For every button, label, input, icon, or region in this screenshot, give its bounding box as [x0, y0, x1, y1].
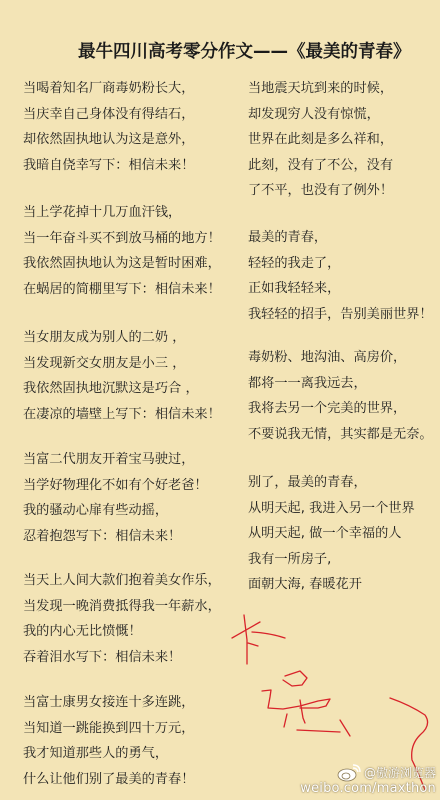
left-stanza-2: 当上学花掉十几万血汗钱， 当一年奋斗买不到放马桶的地方！ 我依然固执地认为这是暂… [23, 200, 221, 302]
left-stanza-1: 当喝着知名厂商毒奶粉长大， 当庆幸自己身体没有得结石， 却依然固执地认为这是意外… [23, 76, 194, 178]
poem-line: 我暗自侥幸写下：相信未来！ [23, 153, 194, 179]
poem-line: 却发现穷人没有惊慌， [248, 102, 393, 128]
poem-line: 正如我轻轻来， [248, 276, 433, 302]
poem-line: 当一年奋斗买不到放马桶的地方！ [23, 226, 221, 252]
poem-line: 吞着泪水写下：相信未来！ [23, 645, 221, 671]
watermark: @傲游浏览器 weibo.com/maxthon [300, 764, 436, 796]
poem-line: 当喝着知名厂商毒奶粉长大， [23, 76, 194, 102]
right-stanza-3: 毒奶粉、地沟油、高房价， 都将一一离我远去， 我将去另一个完美的世界， 不要说我… [248, 345, 433, 447]
right-stanza-4: 别了，最美的青春， 从明天起, 我进入另一个世界 从明天起, 做一个幸福的人 我… [248, 470, 415, 598]
poem-line: 从明天起, 做一个幸福的人 [248, 521, 415, 547]
poem-line: 都将一一离我远去， [248, 371, 433, 397]
poem-line: 当地震天坑到来的时候， [248, 76, 393, 102]
poem-line: 忍着抱怨写下：相信未来！ [23, 524, 208, 550]
poem-line: 我将去另一个完美的世界， [248, 396, 433, 422]
poem-line: 我轻轻的招手，告别美丽世界！ [248, 302, 433, 328]
right-stanza-2: 最美的青春， 轻轻的我走了， 正如我轻轻来， 我轻轻的招手，告别美丽世界！ [248, 225, 433, 327]
poem-line: 面朝大海, 春暖花开 [248, 572, 415, 598]
poem-line: 此刻，没有了不公，没有 [248, 153, 393, 179]
poem-line: 了不平，也没有了例外！ [248, 178, 393, 204]
poem-line: 我依然固执地认为这是暂时困难， [23, 251, 221, 277]
poem-line: 不要说我无情，其实都是无奈。 [248, 422, 433, 448]
poem-line: 我的骚动心扉有些动摇， [23, 498, 208, 524]
poem-line: 我依然固执地沉默这是巧合 ， [23, 376, 221, 402]
page-title: 最牛四川高考零分作文——《最美的青春》 [78, 38, 411, 63]
poem-line: 当富士康男女接连十多连跳， [23, 690, 194, 716]
left-stanza-4: 当富二代朋友开着宝马驶过， 当学好物理化不如有个好老爸！ 我的骚动心扉有些动摇，… [23, 447, 208, 549]
poem-line: 当女朋友成为别人的二奶 ， [23, 325, 221, 351]
poem-line: 却依然固执地认为这是意外， [23, 127, 194, 153]
poem-line: 当天上人间大款们抱着美女作乐， [23, 568, 221, 594]
poem-line: 当富二代朋友开着宝马驶过， [23, 447, 208, 473]
poem-line: 我有一所房子, [248, 547, 415, 573]
poem-line: 轻轻的我走了， [248, 251, 433, 277]
poem-line: 在蜗居的简棚里写下：相信未来！ [23, 277, 221, 303]
right-stanza-1: 当地震天坑到来的时候， 却发现穷人没有惊慌， 世界在此刻是多么祥和， 此刻，没有… [248, 76, 393, 204]
poem-line: 别了，最美的青春， [248, 470, 415, 496]
poem-line: 从明天起, 我进入另一个世界 [248, 496, 415, 522]
poem-line: 我才知道那些人的勇气， [23, 741, 194, 767]
poem-line: 当发现新交女朋友是小三 ， [23, 351, 221, 377]
left-stanza-6: 当富士康男女接连十多连跳， 当知道一跳能换到四十万元， 我才知道那些人的勇气， … [23, 690, 194, 792]
poem-line: 当庆幸自己身体没有得结石， [23, 102, 194, 128]
poem-line: 当上学花掉十几万血汗钱， [23, 200, 221, 226]
left-stanza-3: 当女朋友成为别人的二奶 ， 当发现新交女朋友是小三 ， 我依然固执地沉默这是巧合… [23, 325, 221, 427]
poem-line: 我的内心无比愤慨！ [23, 619, 221, 645]
poem-line: 在凄凉的墙壁上写下：相信未来！ [23, 402, 221, 428]
poem-line: 最美的青春， [248, 225, 433, 251]
poem-line: 毒奶粉、地沟油、高房价， [248, 345, 433, 371]
poem-line: 世界在此刻是多么祥和， [248, 127, 393, 153]
watermark-handle: @傲游浏览器 [364, 766, 436, 780]
left-stanza-5: 当天上人间大款们抱着美女作乐， 当发现一晚消费抵得我一年薪水， 我的内心无比愤慨… [23, 568, 221, 670]
poem-line: 当知道一跳能换到四十万元， [23, 716, 194, 742]
watermark-top-row: @傲游浏览器 [300, 764, 436, 782]
poem-line: 什么让他们别了最美的青春！ [23, 767, 194, 793]
weibo-logo-icon [337, 764, 361, 782]
poem-line: 当学好物理化不如有个好老爸！ [23, 473, 208, 499]
watermark-url: weibo.com/maxthon [300, 782, 436, 796]
poem-line: 当发现一晚消费抵得我一年薪水， [23, 594, 221, 620]
